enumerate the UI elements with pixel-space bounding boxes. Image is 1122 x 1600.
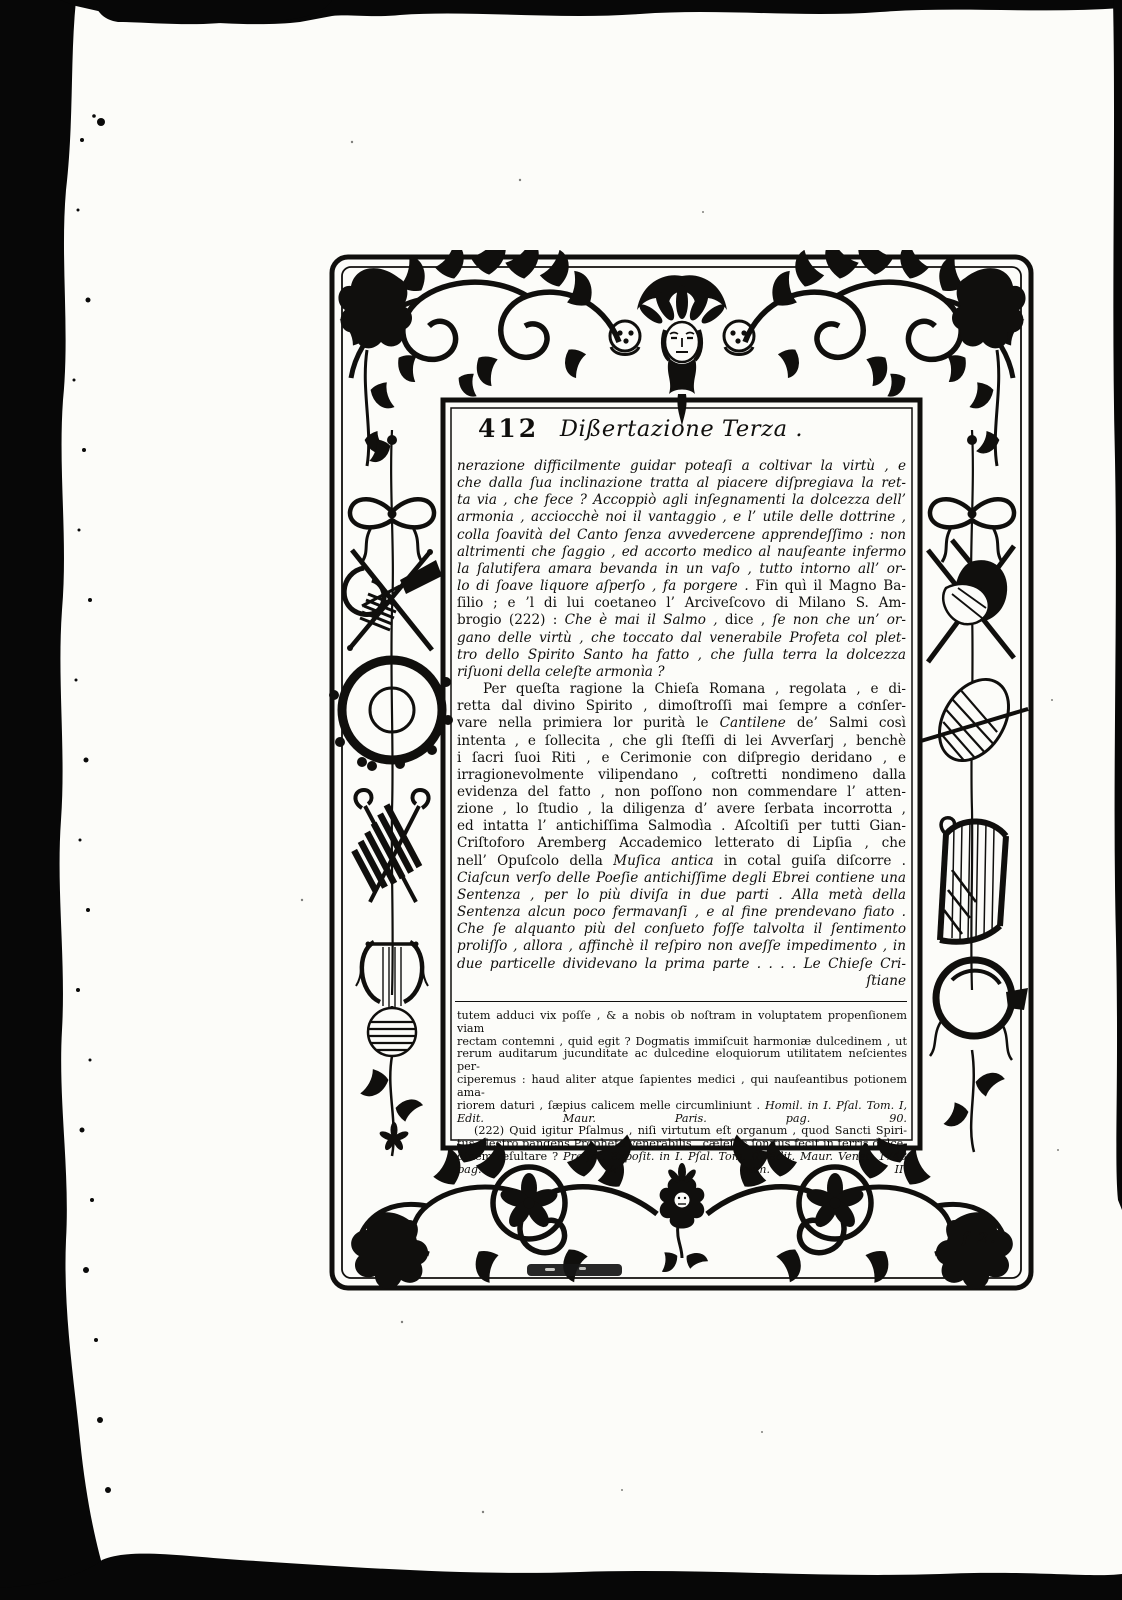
left-instrument-trophy bbox=[329, 430, 453, 1156]
right-edge bbox=[1113, 0, 1122, 1210]
text-block: 412 Dißertazione Terza . nerazione diffi… bbox=[443, 400, 920, 1148]
body-line: Che ſe alquanto più del conſueto foſſe t… bbox=[457, 921, 906, 938]
body-line: ſilio ; e ’l di lui coetaneo l’ Arciveſc… bbox=[457, 595, 906, 612]
body-text: nerazione difficilmente guidar poteaſi a… bbox=[457, 458, 906, 973]
body-line: Criſtoforo Aremberg Accademico letterato… bbox=[457, 835, 906, 852]
body-line: Per queſta ragione la Chieſa Romana , re… bbox=[457, 681, 906, 698]
page-number: 412 bbox=[478, 414, 539, 443]
body-line: altrimenti che ſaggio , ed accorto medic… bbox=[457, 544, 906, 561]
footnote-line: pag. 7. num. II. bbox=[457, 1164, 907, 1177]
page-header: 412 Dißertazione Terza . bbox=[443, 400, 920, 452]
body-line: tro dello Spirito Santo ha fatto , che ſ… bbox=[457, 647, 906, 664]
body-line: intenta , e ſollecita , che gli ſteſſi d… bbox=[457, 733, 906, 750]
body-line: gano delle virtù , che toccato dal vener… bbox=[457, 630, 906, 647]
body-line: ta via , che fece ? Accoppiò agli inſegn… bbox=[457, 492, 906, 509]
body-line: evidenza del fatto , non poſſono non com… bbox=[457, 784, 906, 801]
body-line: Sentenza , per lo più diviſa in due part… bbox=[457, 887, 906, 904]
body-line: ed intatta l’ antichiſſima Salmodìa . Aſ… bbox=[457, 818, 906, 835]
body-line: riſuoni della celeſte armonìa ? bbox=[457, 664, 906, 681]
footnote-rule bbox=[455, 1001, 907, 1002]
bottom-edge bbox=[0, 1554, 1122, 1600]
body-line: brogio (222) : Che è mai il Salmo , dice… bbox=[457, 612, 906, 629]
edge-speckles bbox=[73, 114, 112, 1493]
body-line: proliſſo , allora , affinchè il reſpiro … bbox=[457, 938, 906, 955]
body-line: che dalla ſua inclinazione tratta al pia… bbox=[457, 475, 906, 492]
body-line: retta dal divino Spirito , dimoſtroſſi m… bbox=[457, 698, 906, 715]
body-line: colla ſoavità del Canto ſenza avvedercen… bbox=[457, 527, 906, 544]
body-line: lo di ſoave liquore aſperſo , fa porgere… bbox=[457, 578, 906, 595]
signature-mark: f 2. bbox=[962, 1229, 997, 1247]
left-torn-edge bbox=[0, 0, 110, 1600]
body-line: vare nella primiera lor purità le Cantil… bbox=[457, 715, 906, 732]
catchword: ſtiane bbox=[457, 973, 906, 990]
body-line: nell’ Opuſcolo della Muſica antica in co… bbox=[457, 853, 906, 870]
footnote-line: rerum auditarum jucunditate ac dulcedine… bbox=[457, 1048, 907, 1074]
footnote-line: ciperemus : haud aliter atque ſapientes … bbox=[457, 1074, 907, 1100]
body-line: nerazione difficilmente guidar poteaſi a… bbox=[457, 458, 906, 475]
body-line: irragionevolmente vilipendano , coſtrett… bbox=[457, 767, 906, 784]
body-line: Sentenza alcun poco fermavanſi , e al fi… bbox=[457, 904, 906, 921]
body-line: la ſalutifera amara bevanda in un vaſo ,… bbox=[457, 561, 906, 578]
body-line: zione , lo ſtudio , la diligenza d’ aver… bbox=[457, 801, 906, 818]
footnote-line: tutem adduci vix poſſe , & a nobis ob no… bbox=[457, 1010, 907, 1036]
book-scan: { "page": { "number": "412", "running_ti… bbox=[0, 0, 1122, 1600]
footnotes: tutem adduci vix poſſe , & a nobis ob no… bbox=[457, 1010, 907, 1177]
body-line: armonia , acciocchè noi il vantaggio , e… bbox=[457, 509, 906, 526]
body-line: i ſacri ſuoi Riti , e Cerimonie con diſp… bbox=[457, 750, 906, 767]
bottom-mask-cartouche bbox=[655, 1163, 709, 1274]
scan-smudge bbox=[527, 1264, 622, 1276]
body-line: Ciaſcun verſo delle Poeſie antichiſſime … bbox=[457, 870, 906, 887]
body-line: due particelle dividevano la prima parte… bbox=[457, 956, 906, 973]
right-instrument-trophy bbox=[921, 430, 1031, 1152]
